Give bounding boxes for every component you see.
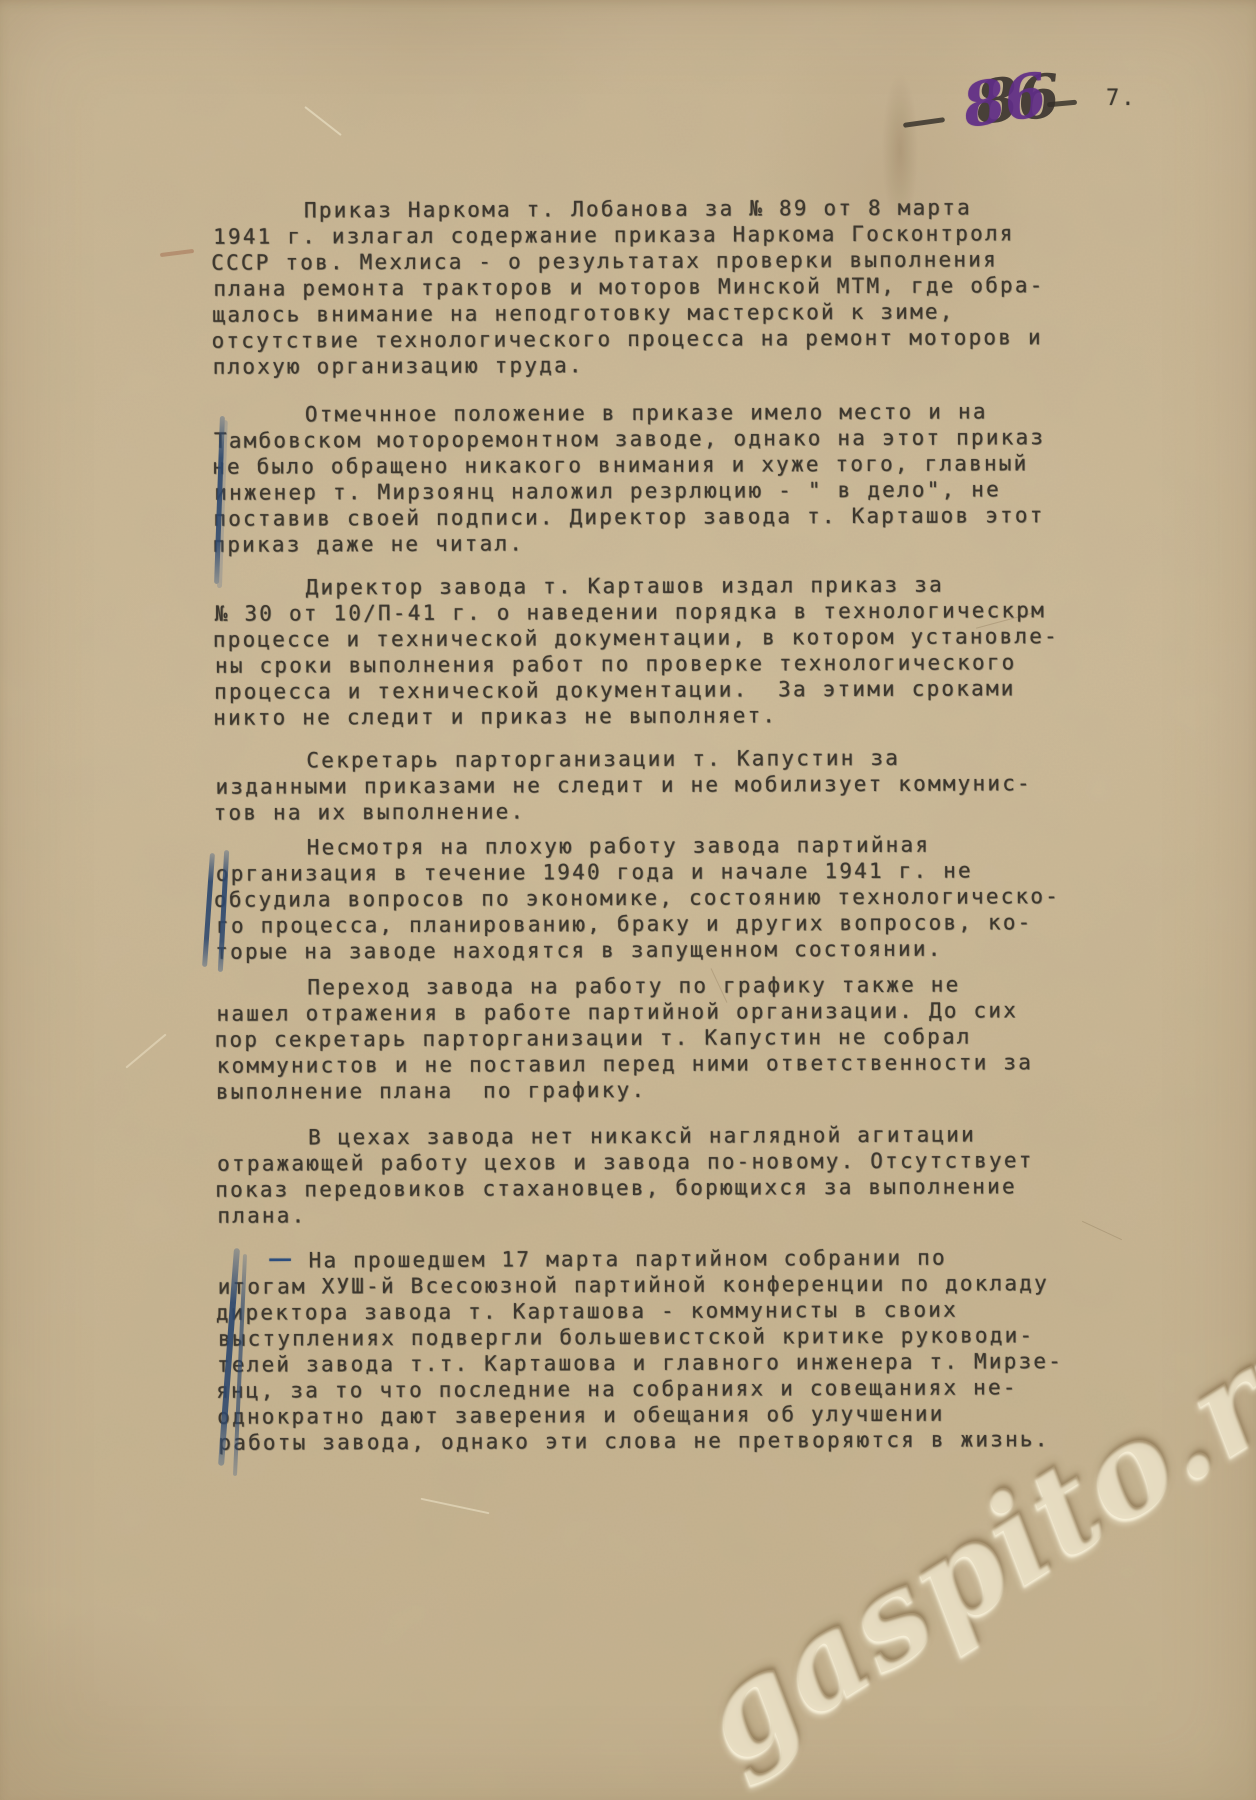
- text-line: го процесса, планированию, браку и други…: [216, 909, 1096, 939]
- paragraph-7: В цехах завода нет никаксй наглядной аги…: [216, 1121, 1096, 1229]
- text-line: торые на заводе находятся в запущенном с…: [215, 935, 1095, 965]
- text-line: янц, за то что последние на собраниях и …: [216, 1374, 1096, 1404]
- paragraph-6: Переход завода на работу по графику такж…: [215, 971, 1096, 1105]
- paragraph-1: Приказ Наркома т. Лобанова за № 89 от 8 …: [212, 194, 1093, 380]
- text-line: плана ремонта тракторов и моторов Минско…: [213, 272, 1093, 302]
- text-line: не было обращено никакого внимания и хуж…: [212, 450, 1092, 480]
- text-line: однократно дают заверения и обещания об …: [217, 1400, 1097, 1430]
- paragraph-5: Несмотря на плохую работу завода партийн…: [215, 831, 1096, 965]
- paragraph-8: —На прошедшем 17 марта партийном собрани…: [217, 1244, 1098, 1456]
- text-line: процесса и технической документации. За …: [214, 675, 1094, 705]
- paragraph-2: Отмечнное положение в приказе имело мест…: [213, 398, 1094, 558]
- text-line: организация в течение 1940 года и начале…: [216, 857, 1096, 887]
- text-line: В цехах завода нет никаксй наглядной аги…: [216, 1121, 1096, 1151]
- text-line: Тамбовском мотороремонтном заводе, однак…: [214, 424, 1094, 454]
- text-line: никто не следит и приказ не выполняет.: [213, 701, 1093, 731]
- text-line: 1941 г. излагал содержание приказа Нарко…: [213, 220, 1093, 250]
- text-line: —На прошедшем 17 марта партийном собрани…: [217, 1244, 1097, 1274]
- text-line: Несмотря на плохую работу завода партийн…: [215, 831, 1095, 861]
- text-line: отражающей работу цехов и завода по-ново…: [217, 1147, 1097, 1177]
- paragraph-3: Директор завода т. Карташов издал приказ…: [214, 571, 1095, 731]
- text-line: Директор завода т. Карташов издал приказ…: [214, 571, 1094, 601]
- text-line: нашел отражения в работе партийной орган…: [216, 997, 1096, 1027]
- text-line: выступлениях подвергли большевистской кр…: [218, 1322, 1098, 1352]
- paragraph-4: Секретарь парторганизации т. Капустин за…: [214, 744, 1094, 826]
- text-line: плана.: [217, 1199, 1097, 1229]
- text-line: Отмечнное положение в приказе имело мест…: [213, 398, 1093, 428]
- text-line: щалось внимание на неподготовку мастерск…: [212, 298, 1092, 328]
- text-line: поставив своей подписи. Директор завода …: [213, 502, 1093, 532]
- text-line: обсудила вопросов по экономике, состояни…: [214, 883, 1094, 913]
- text-line: итогам ХУШ-й Всесоюзной партийной конфер…: [218, 1270, 1098, 1300]
- text-line: ны сроки выполнения работ по проверке те…: [215, 649, 1095, 679]
- text-line: Секретарь парторганизации т. Капустин за: [214, 744, 1094, 774]
- text-line: телей завода т.т. Карташова и главного и…: [217, 1348, 1097, 1378]
- text-line: работы завода, однако эти слова не претв…: [218, 1426, 1098, 1456]
- text-line: изданными приказами не следит и не мобил…: [215, 770, 1095, 800]
- text-line: № 30 от 10/П-41 г. о наведении порядка в…: [215, 597, 1095, 627]
- text-line: выполнение плана по графику.: [216, 1075, 1096, 1105]
- handwritten-blue-dash-icon: —: [269, 1245, 294, 1271]
- text-line: показ передовиков стахановцев, борющихся…: [215, 1173, 1095, 1203]
- text-line: СССР тов. Мехлиса - о результатах провер…: [211, 246, 1091, 276]
- text-line: коммунистов и не поставил перед ними отв…: [217, 1049, 1097, 1079]
- text-line: пор секретарь парторганизации т. Капусти…: [215, 1023, 1095, 1053]
- text-line: Переход завода на работу по графику такж…: [215, 971, 1095, 1001]
- text-line: процессе и технической документации, в к…: [213, 623, 1093, 653]
- scanned-document-page: 86 86 7. Приказ Наркома т. Лобанова за №…: [0, 0, 1256, 1800]
- text-line: тов на их выполнение.: [214, 796, 1094, 826]
- text-line: инженер т. Мирзоянц наложил резрлюцию - …: [214, 476, 1094, 506]
- text-line: директора завода т. Карташова - коммунис…: [216, 1296, 1096, 1326]
- text-line: приказ даже не читал.: [212, 528, 1092, 558]
- text-line: плохую организацию труда.: [213, 350, 1093, 380]
- text-line: Приказ Наркома т. Лобанова за № 89 от 8 …: [212, 194, 1092, 224]
- text-line: отсутствие технологического процесса на …: [211, 324, 1091, 354]
